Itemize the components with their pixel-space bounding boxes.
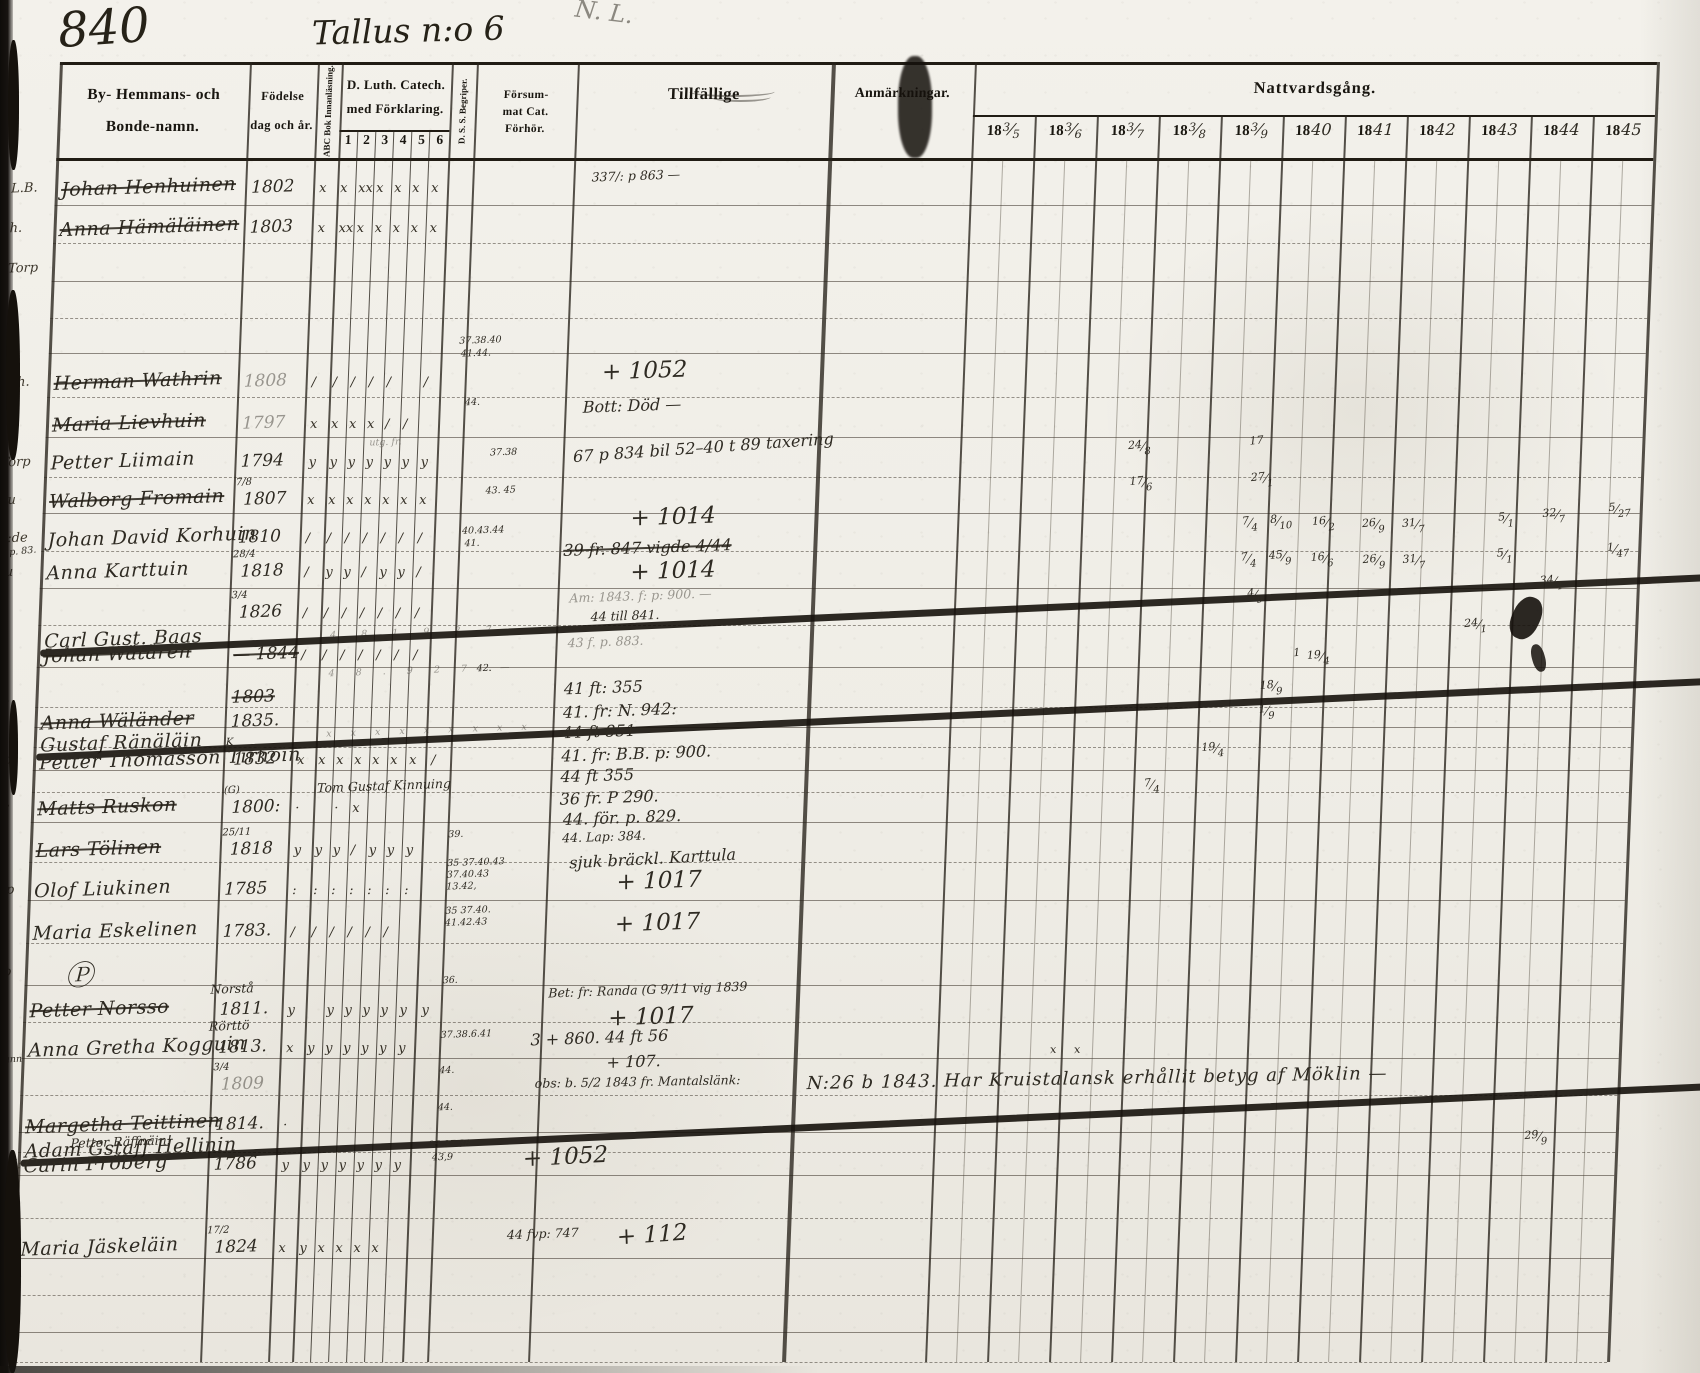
annotation: 40.43.44 bbox=[462, 525, 504, 536]
reading-mark: · bbox=[334, 802, 338, 815]
grid-line-vertical bbox=[1514, 160, 1561, 1362]
row-prefix: D:o bbox=[0, 844, 8, 858]
birth-year: 1786 bbox=[214, 1155, 257, 1173]
reading-mark: x bbox=[411, 222, 418, 235]
grid-line-vertical bbox=[382, 130, 431, 1362]
year-handwritten-suffix: 3⁄9 bbox=[1250, 120, 1268, 139]
grid-line-horizontal bbox=[10, 1362, 1607, 1363]
reading-mark: y bbox=[398, 1042, 405, 1055]
grid-line-horizontal bbox=[29, 862, 1626, 863]
birth-year: 1802 bbox=[251, 178, 294, 196]
annotation: Am: 1843. f: p: 900. — bbox=[569, 588, 711, 605]
reading-mark: y bbox=[343, 1042, 350, 1055]
corner-initials-handwritten: N. L. bbox=[574, 0, 635, 27]
reading-mark: / bbox=[431, 754, 435, 767]
header-bottom-border bbox=[56, 158, 1653, 161]
annotation: + 1017 bbox=[616, 869, 701, 895]
grid-line-vertical bbox=[1018, 160, 1065, 1362]
year-printed-prefix: 18 bbox=[986, 123, 1002, 139]
reading-mark: y bbox=[375, 1159, 382, 1172]
grid-line-vertical bbox=[427, 62, 479, 1362]
annotation: 39. bbox=[448, 830, 463, 840]
grid-line-horizontal bbox=[52, 281, 1649, 282]
reading-mark: y bbox=[369, 844, 376, 857]
communion-mark: 7⁄4 bbox=[1240, 549, 1257, 570]
header-line: Försum- bbox=[476, 89, 577, 101]
birth-year: 1832 bbox=[233, 750, 276, 768]
reading-mark: / bbox=[381, 532, 385, 545]
annotation: 37.38 bbox=[490, 448, 517, 458]
row-prefix: B:de bbox=[0, 531, 28, 545]
reading-mark: / bbox=[291, 926, 295, 939]
birth-year: 1826 bbox=[239, 603, 282, 621]
reading-mark: / bbox=[413, 649, 417, 662]
column-header-catechism: D. Luth. Catech. med Förklaring. bbox=[340, 68, 452, 126]
grid-line-horizontal bbox=[32, 792, 1629, 793]
person-name: Walborg Fromain bbox=[49, 487, 224, 512]
birth-day: K bbox=[226, 738, 234, 748]
row-prefix: d. bbox=[0, 649, 6, 662]
birth-year: 1807 bbox=[243, 490, 286, 508]
reading-mark: / bbox=[403, 418, 407, 431]
year-handwritten-suffix: 41 bbox=[1373, 120, 1394, 139]
reading-mark: / bbox=[312, 376, 316, 389]
grid-line-vertical bbox=[1390, 160, 1437, 1362]
person-name: Johan David Korhuin bbox=[48, 524, 257, 550]
annotation: 44 till 841. bbox=[591, 609, 660, 624]
annotation: 43,9 bbox=[432, 1153, 453, 1163]
header-line: Födelse bbox=[248, 89, 317, 104]
year-label: 1843 bbox=[1468, 120, 1531, 140]
grid-line-horizontal bbox=[26, 943, 1623, 944]
reading-mark: / bbox=[306, 532, 310, 545]
reading-mark: / bbox=[416, 566, 420, 579]
grid-line-horizontal bbox=[25, 985, 1622, 986]
birth-year: 1800: bbox=[231, 798, 280, 817]
year-printed-prefix: 18 bbox=[1419, 123, 1435, 139]
reading-mark: · bbox=[283, 1119, 287, 1132]
reading-mark: x bbox=[307, 494, 314, 507]
column-header-nattvardsgang: Nattvardsgång. bbox=[973, 78, 1656, 104]
row-prefix: Enk. E: bbox=[0, 1158, 22, 1173]
reading-mark: y bbox=[343, 566, 350, 579]
row-prefix: St. bbox=[0, 692, 10, 706]
reading-mark: / bbox=[348, 926, 352, 939]
annotation: 37.38.6.41 bbox=[441, 1029, 492, 1040]
grid-line-vertical bbox=[956, 160, 1003, 1362]
reading-mark: y bbox=[366, 456, 373, 469]
reading-mark: x bbox=[278, 1242, 285, 1255]
reading-mark: y bbox=[294, 844, 301, 857]
row-prefix: hu bbox=[0, 566, 13, 580]
reading-mark: x bbox=[372, 754, 379, 767]
reading-mark: x bbox=[431, 182, 438, 195]
annotation: 43 f. p. 883. bbox=[568, 635, 644, 650]
reading-mark: x bbox=[318, 222, 325, 235]
annotation: 337/: p 863 — bbox=[592, 168, 681, 184]
annotation: Rörttö bbox=[209, 1019, 250, 1033]
annotation: + 1017 bbox=[615, 911, 700, 937]
person-name: Petter Liimain bbox=[51, 449, 195, 473]
communion-mark: 18⁄9 bbox=[1259, 677, 1283, 699]
grid-line-vertical bbox=[1142, 160, 1189, 1362]
reading-mark: / bbox=[361, 566, 365, 579]
annotation: 36 fr. P 290. bbox=[560, 788, 659, 807]
reading-mark: : bbox=[385, 884, 389, 897]
reading-mark: y bbox=[348, 456, 355, 469]
catechism-subcolumn-number: 1 bbox=[338, 132, 357, 158]
reading-mark: y bbox=[361, 1042, 368, 1055]
reading-mark: x bbox=[393, 222, 400, 235]
year-label: 1844 bbox=[1530, 120, 1593, 140]
birth-year: 1818 bbox=[230, 840, 273, 858]
reading-mark: / bbox=[322, 649, 326, 662]
birth-year: 1811. bbox=[220, 1000, 269, 1019]
reading-mark: / bbox=[345, 532, 349, 545]
catechism-subcolumn-number: 2 bbox=[357, 132, 376, 158]
annotation: 37.40.43 bbox=[447, 869, 489, 880]
year-label: 1841 bbox=[1344, 120, 1407, 140]
annotation: 35 37.38 bbox=[428, 1139, 470, 1150]
communion-mark: 7⁄4 bbox=[1242, 513, 1259, 534]
person-name: Maria Eskelinen bbox=[33, 919, 198, 944]
reading-mark: x bbox=[354, 754, 361, 767]
row-prefix: L.B. bbox=[11, 182, 38, 196]
header-line: mat Cat. bbox=[475, 106, 576, 118]
reading-mark: / bbox=[351, 844, 355, 857]
year-printed-prefix: 18 bbox=[1048, 123, 1064, 139]
reading-mark: x bbox=[340, 182, 347, 195]
reading-mark: / bbox=[378, 607, 382, 620]
annotation: 13.42, bbox=[446, 881, 476, 892]
annotation: + 1014 bbox=[630, 559, 715, 585]
reading-mark: : bbox=[404, 884, 408, 897]
year-label: 183⁄6 bbox=[1034, 120, 1097, 141]
person-name: Carin Fröberg bbox=[24, 1152, 168, 1176]
birth-year: 1783. bbox=[223, 922, 272, 941]
communion-mark: 1⁄47 bbox=[1607, 539, 1630, 561]
year-printed-prefix: 18 bbox=[1357, 123, 1373, 139]
reading-mark: : bbox=[349, 884, 353, 897]
reading-mark: y bbox=[400, 1004, 407, 1017]
annotation: 44. bbox=[438, 1103, 453, 1113]
reading-mark: y bbox=[315, 844, 322, 857]
row-prefix: P. bbox=[0, 607, 5, 620]
annotation: Bet: fr: Randa (G 9/11 vig 1839 bbox=[548, 981, 747, 1000]
reading-mark: y bbox=[363, 1004, 370, 1017]
year-handwritten-suffix: 43 bbox=[1497, 120, 1518, 139]
header-line: dag och år. bbox=[247, 118, 316, 133]
annotation: Bott: Död — bbox=[583, 396, 682, 415]
person-name: Anna Karttuin bbox=[46, 560, 189, 584]
reading-mark: / bbox=[312, 926, 316, 939]
communion-mark: x bbox=[1050, 1043, 1057, 1057]
reading-mark: y bbox=[422, 1004, 429, 1017]
reading-mark: / bbox=[394, 649, 398, 662]
communion-mark: 19⁄4 bbox=[1306, 647, 1330, 669]
reading-mark: x bbox=[331, 418, 338, 431]
person-name: Carl Gust. Baas bbox=[44, 573, 1700, 651]
annotation: + 1014 bbox=[630, 505, 715, 531]
reading-mark: x bbox=[412, 182, 419, 195]
grid-line-vertical bbox=[1204, 160, 1251, 1362]
grid-line-horizontal bbox=[50, 318, 1647, 319]
annotation: 35 37.40.43 bbox=[447, 857, 504, 868]
grid-line-horizontal bbox=[28, 900, 1625, 901]
person-name: Herman Wathrin bbox=[54, 369, 222, 394]
person-name: Anna Wäländer bbox=[41, 709, 195, 733]
grid-line-horizontal bbox=[49, 353, 1646, 354]
reading-mark: x bbox=[335, 1242, 342, 1255]
year-handwritten-suffix: 40 bbox=[1311, 120, 1332, 139]
communion-mark: 26⁄9 bbox=[1362, 551, 1386, 573]
reading-mark: / bbox=[358, 649, 362, 662]
row-prefix: h. bbox=[10, 222, 23, 235]
birth-day: 25/11 bbox=[222, 828, 251, 839]
reading-mark: x bbox=[400, 494, 407, 507]
grid-line-horizontal bbox=[54, 205, 1651, 206]
reading-mark: / bbox=[385, 418, 389, 431]
row-prefix: Torp bbox=[0, 883, 14, 897]
grid-line-horizontal bbox=[23, 1022, 1620, 1023]
reading-mark: x bbox=[371, 1242, 378, 1255]
reading-mark: y bbox=[384, 456, 391, 469]
birth-day: 3/4 bbox=[213, 1063, 229, 1074]
grid-line-horizontal bbox=[47, 397, 1644, 398]
year-label: 1845 bbox=[1592, 120, 1655, 140]
communion-mark: 5⁄1 bbox=[1498, 509, 1515, 530]
communion-mark: 17 bbox=[1249, 433, 1264, 447]
annotation: 44. Lap: 384. bbox=[562, 830, 646, 845]
grid-line-horizontal bbox=[43, 513, 1640, 514]
header-line: By- Hemmans- och bbox=[58, 86, 249, 104]
reading-mark: y bbox=[299, 1242, 306, 1255]
reading-mark: y bbox=[387, 844, 394, 857]
reading-mark: / bbox=[324, 607, 328, 620]
birth-day: 3/4 bbox=[231, 591, 247, 602]
reading-mark: x bbox=[349, 418, 356, 431]
reading-mark: y bbox=[282, 1159, 289, 1172]
year-printed-prefix: 18 bbox=[1295, 123, 1311, 139]
reading-mark: / bbox=[366, 926, 370, 939]
reading-mark: y bbox=[379, 1042, 386, 1055]
reading-mark: y bbox=[303, 1159, 310, 1172]
reading-mark: x bbox=[353, 1242, 360, 1255]
person-name: Maria Lievhuin bbox=[52, 411, 206, 435]
communion-mark: 7⁄4 bbox=[1144, 775, 1161, 796]
communion-mark: 34⁄4 bbox=[1539, 572, 1563, 594]
reading-mark: x bbox=[319, 182, 326, 195]
reading-mark: y bbox=[330, 456, 337, 469]
reading-mark: x bbox=[310, 418, 317, 431]
communion-mark: 24⁄8 bbox=[1128, 437, 1152, 459]
reading-mark: y bbox=[325, 1042, 332, 1055]
person-name: Johan Wätären bbox=[43, 642, 191, 666]
year-handwritten-suffix: 3⁄7 bbox=[1126, 120, 1144, 139]
reading-mark: y bbox=[357, 1159, 364, 1172]
row-prefix: Torp bbox=[0, 965, 11, 979]
annotation: 44. för. p. 829. bbox=[563, 808, 681, 828]
birth-year: — 1844 bbox=[233, 645, 299, 664]
catechism-subcolumn-number: 3 bbox=[375, 132, 394, 158]
birth-year: 1803 bbox=[250, 218, 293, 236]
year-printed-prefix: 18 bbox=[1543, 123, 1559, 139]
grid-line-vertical bbox=[1607, 62, 1660, 1362]
year-label: 183⁄9 bbox=[1220, 120, 1283, 141]
annotation: 39 fr. 847 vigde 4/44 bbox=[563, 537, 731, 559]
reading-mark: / bbox=[303, 607, 307, 620]
year-printed-prefix: 18 bbox=[1172, 123, 1188, 139]
row-prefix: Inh. bbox=[4, 376, 30, 390]
reading-mark: / bbox=[342, 607, 346, 620]
grid-line-horizontal bbox=[44, 477, 1641, 478]
reading-mark: / bbox=[301, 649, 305, 662]
communion-mark: 1⁄9 bbox=[1258, 701, 1275, 722]
grid-line-horizontal bbox=[13, 1295, 1610, 1296]
birth-year: 1824 bbox=[214, 1238, 257, 1256]
reading-mark: / bbox=[360, 607, 364, 620]
communion-mark: 31⁄7 bbox=[1402, 515, 1426, 537]
birth-year: 1794 bbox=[241, 452, 284, 470]
reading-mark: : bbox=[331, 884, 335, 897]
annotation: + 107. bbox=[607, 1053, 661, 1071]
reading-mark: x bbox=[364, 494, 371, 507]
communion-mark: 27⁄1 bbox=[1250, 469, 1274, 491]
birth-day: 28/4 bbox=[233, 550, 256, 561]
birth-year: 1803 bbox=[232, 688, 275, 706]
communion-mark: 8⁄10 bbox=[1270, 511, 1293, 533]
reading-mark: / bbox=[304, 566, 308, 579]
birth-year: 1785 bbox=[224, 880, 267, 898]
communion-mark: 26⁄9 bbox=[1362, 515, 1386, 537]
communion-mark: 4⁄9 bbox=[1247, 585, 1264, 606]
reading-mark: x bbox=[328, 494, 335, 507]
reading-mark: / bbox=[399, 532, 403, 545]
birth-year: 1835. bbox=[231, 712, 280, 731]
nattvardsgang-divider bbox=[973, 115, 1655, 117]
reading-mark: y bbox=[339, 1159, 346, 1172]
communion-mark: 19⁄4 bbox=[1201, 739, 1225, 761]
reading-mark: x bbox=[367, 418, 374, 431]
annotation: obs: b. 5/2 1843 fr. Mantalslänk: bbox=[535, 1074, 741, 1090]
leaf-number-handwritten: 840 bbox=[56, 1, 151, 55]
birth-day: (G) bbox=[224, 786, 240, 797]
year-handwritten-suffix: 3⁄8 bbox=[1188, 120, 1206, 139]
grid-line-vertical bbox=[402, 62, 454, 1362]
year-label: 183⁄5 bbox=[972, 120, 1035, 141]
annotation: 41 ft: 355 bbox=[564, 679, 643, 698]
grid-line-vertical bbox=[1328, 160, 1375, 1362]
annotation: utg. fr. bbox=[369, 437, 401, 448]
annotation: 41. fr: N. 942: bbox=[563, 701, 677, 721]
table-top-border bbox=[60, 62, 1657, 65]
reading-mark: xx bbox=[358, 182, 373, 196]
reading-mark: x bbox=[419, 494, 426, 507]
reading-mark: xx bbox=[339, 222, 354, 236]
reading-mark: : bbox=[292, 884, 296, 897]
birth-year: 1818 bbox=[240, 562, 283, 580]
annotation: + 1052 bbox=[602, 359, 687, 385]
reading-mark: : bbox=[313, 884, 317, 897]
grid-line-vertical bbox=[1452, 160, 1499, 1362]
reading-mark: / bbox=[415, 607, 419, 620]
row-prefix: hu bbox=[0, 494, 16, 508]
catechism-subcolumn-number: 6 bbox=[430, 132, 449, 158]
year-printed-prefix: 18 bbox=[1481, 123, 1497, 139]
communion-mark: 16⁄2 bbox=[1312, 513, 1336, 535]
reading-mark: / bbox=[396, 607, 400, 620]
year-label: 1842 bbox=[1406, 120, 1469, 140]
grid-line-horizontal bbox=[16, 1218, 1613, 1219]
annotation: N:26 b 1843. Har Kruistalansk erhållit b… bbox=[807, 1065, 1388, 1093]
person-name: Maria Jäskeläin bbox=[20, 1235, 178, 1260]
communion-mark: x bbox=[1074, 1043, 1081, 1057]
reading-mark: : bbox=[367, 884, 371, 897]
annotation: 41.42.43 bbox=[445, 917, 487, 928]
annotation: 44. bbox=[439, 1066, 454, 1076]
year-handwritten-suffix: 3⁄5 bbox=[1002, 120, 1020, 139]
annotation: 41. fr: B.B. p: 900. bbox=[561, 743, 711, 764]
reading-mark: / bbox=[333, 376, 337, 389]
grid-line-horizontal bbox=[41, 551, 1638, 552]
reading-mark: / bbox=[327, 532, 331, 545]
year-printed-prefix: 18 bbox=[1605, 123, 1621, 139]
column-header-anmarkningar: Anmärkningar. bbox=[830, 86, 974, 116]
annotation: 41. bbox=[464, 539, 479, 549]
annotation: 44 fvp: 747 bbox=[507, 1227, 579, 1242]
reading-mark: y bbox=[327, 1004, 334, 1017]
reading-mark: y bbox=[333, 844, 340, 857]
grid-line-vertical bbox=[1080, 160, 1127, 1362]
reading-mark: / bbox=[369, 376, 373, 389]
reading-mark: / bbox=[330, 926, 334, 939]
header-line: D. Luth. Catech. bbox=[341, 77, 452, 93]
row-prefix: Torp bbox=[8, 261, 38, 275]
reading-mark: x bbox=[346, 494, 353, 507]
reading-mark: / bbox=[351, 376, 355, 389]
grid-line-horizontal bbox=[37, 667, 1634, 668]
birth-year: 1797 bbox=[242, 414, 285, 432]
column-header-tillfallige: Tillfällige bbox=[576, 84, 831, 114]
reading-mark: y bbox=[288, 1004, 295, 1017]
annotation: 35 37.40. bbox=[445, 905, 490, 916]
person-name: Ⓟ bbox=[65, 962, 94, 991]
annotation: 41.44. bbox=[461, 348, 491, 359]
annotation: 44 ft 355 bbox=[561, 767, 635, 786]
reading-mark: y bbox=[379, 566, 386, 579]
reading-mark: y bbox=[321, 1159, 328, 1172]
reading-mark: x bbox=[317, 1242, 324, 1255]
birth-year: 1814. bbox=[215, 1115, 264, 1134]
reading-mark: x bbox=[409, 754, 416, 767]
column-header-name: By- Hemmans- och Bonde-namn. bbox=[56, 66, 249, 156]
reading-mark: x bbox=[376, 182, 383, 195]
reading-mark: / bbox=[387, 376, 391, 389]
year-handwritten-suffix: 45 bbox=[1621, 120, 1642, 139]
person-name: Johan Henhuinen bbox=[61, 175, 236, 200]
annotation: 44 ft 851 bbox=[562, 723, 636, 742]
scanned-parish-register-page: By- Hemmans- och Bonde-namn. Födelse dag… bbox=[0, 0, 1700, 1373]
reading-mark: x bbox=[430, 222, 437, 235]
annotation: Wagsmann bbox=[0, 1055, 22, 1067]
communion-mark: 16⁄6 bbox=[1310, 549, 1334, 571]
communion-mark: 5⁄27 bbox=[1608, 499, 1631, 521]
row-prefix: D:o bbox=[0, 754, 12, 768]
birth-day: 17/2 bbox=[207, 1226, 230, 1237]
person-name: Matts Ruskon bbox=[37, 796, 176, 820]
row-prefix: Ja. bbox=[0, 716, 8, 730]
annotation: 37.38.40 bbox=[459, 335, 501, 346]
